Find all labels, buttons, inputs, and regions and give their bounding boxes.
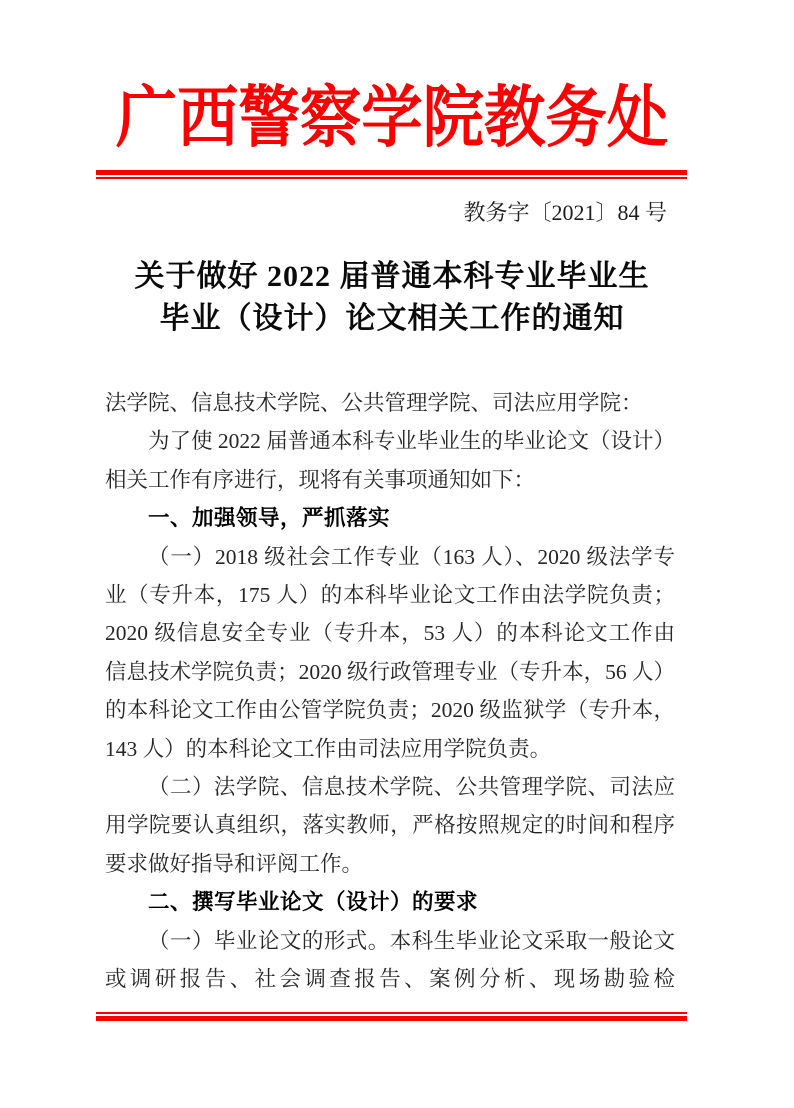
body-line: 要求做好指导和评阅工作。 <box>105 845 675 883</box>
body-line: 法学院、信息技术学院、公共管理学院、司法应用学院： <box>105 384 675 422</box>
document-page: 广西警察学院教务处 教务字〔2021〕84 号 关于做好 2022 届普通本科专… <box>0 0 794 1108</box>
footer-separator-thick-bar <box>96 1016 687 1021</box>
body-line: 用学院要认真组织，落实教师，严格按照规定的时间和程序 <box>105 806 675 844</box>
document-body: 法学院、信息技术学院、公共管理学院、司法应用学院：为了使 2022 届普通本科专… <box>105 384 675 999</box>
letterhead-title: 广西警察学院教务处 <box>100 80 684 158</box>
body-line: （一）毕业论文的形式。本科生毕业论文采取一般论文 <box>105 922 675 960</box>
section-heading: 一、加强领导，严抓落实 <box>105 499 675 537</box>
body-line: 或调研报告、社会调查报告、案例分析、现场勘验检 <box>105 960 675 998</box>
notice-title-line2: 毕业（设计）论文相关工作的通知 <box>97 298 687 340</box>
body-line: 业（专升本，175 人）的本科毕业论文工作由法学院负责； <box>105 576 675 614</box>
body-line: 相关工作有序进行，现将有关事项通知如下： <box>105 461 675 499</box>
body-line: 信息技术学院负责；2020 级行政管理专业（专升本，56 人） <box>105 653 675 691</box>
notice-title: 关于做好 2022 届普通本科专业毕业生 毕业（设计）论文相关工作的通知 <box>97 256 687 340</box>
body-line: 143 人）的本科论文工作由司法应用学院负责。 <box>105 730 675 768</box>
body-line: 为了使 2022 届普通本科专业毕业生的毕业论文（设计） <box>105 422 675 460</box>
section-heading: 二、撰写毕业论文（设计）的要求 <box>105 883 675 921</box>
body-line: （二）法学院、信息技术学院、公共管理学院、司法应 <box>105 768 675 806</box>
body-line: 2020 级信息安全专业（专升本，53 人）的本科论文工作由 <box>105 614 675 652</box>
document-number: 教务字〔2021〕84 号 <box>97 199 667 227</box>
header-separator-line <box>96 170 687 179</box>
header-separator-thin-bar <box>96 177 687 179</box>
body-line: 的本科论文工作由公管学院负责；2020 级监狱学（专升本， <box>105 691 675 729</box>
body-line: （一）2018 级社会工作专业（163 人）、2020 级法学专 <box>105 538 675 576</box>
footer-separator-line <box>96 1012 687 1021</box>
notice-title-line1: 关于做好 2022 届普通本科专业毕业生 <box>97 256 687 298</box>
